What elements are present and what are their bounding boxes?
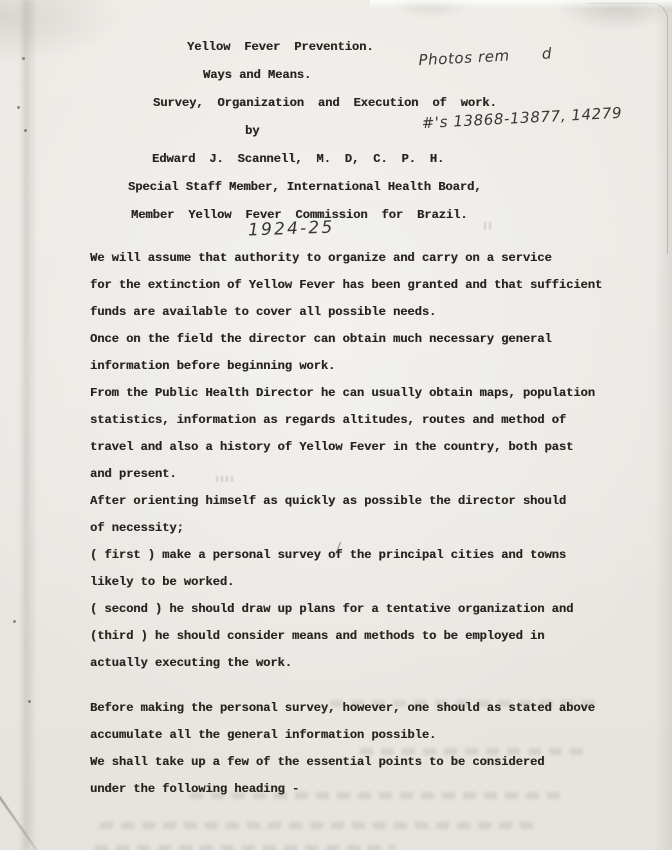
byline: by <box>245 117 672 145</box>
body-line: funds are available to cover all possibl… <box>90 299 650 326</box>
document-title: Yellow Fever Prevention. <box>187 33 672 61</box>
body-line: ( first ) make a personal survey of the … <box>90 542 650 569</box>
body-line: Before making the personal survey, howev… <box>90 695 650 722</box>
handwritten-date: 1924-25 <box>248 217 335 240</box>
body-line: of necessity; <box>90 515 650 542</box>
author-affiliation-1: Special Staff Member, International Heal… <box>128 173 672 201</box>
ink-speck <box>28 700 31 703</box>
body-line: travel and also a history of Yellow Feve… <box>90 434 650 461</box>
ink-speck <box>13 620 16 623</box>
body-line: accumulate all the general information p… <box>90 722 650 749</box>
body-line: (third ) he should consider means and me… <box>90 623 650 650</box>
body-line: Once on the field the director can obtai… <box>90 326 650 353</box>
body-line: We shall take up a few of the essential … <box>90 749 650 776</box>
body-line: We will assume that authority to organiz… <box>90 245 650 272</box>
body-line: likely to be worked. <box>90 569 650 596</box>
author-name: Edward J. Scannell, M. D, C. P. H. <box>152 145 672 173</box>
author-affiliation-2: Member Yellow Fever Commission for Brazi… <box>131 201 672 229</box>
ghost-bleed-line <box>100 822 540 829</box>
paragraph-gap <box>90 677 650 695</box>
body-line: actually executing the work. <box>90 650 650 677</box>
body-line: and present. <box>90 461 650 488</box>
body-line: From the Public Health Director he can u… <box>90 380 650 407</box>
body-line: under the following heading - <box>90 776 650 803</box>
document-body: We will assume that authority to organiz… <box>90 245 650 803</box>
document-subtitle: Ways and Means. <box>203 61 672 89</box>
document-subject: Survey, Organization and Execution of wo… <box>153 89 672 117</box>
scanned-document-page: Photos rem d #'s 13868-13877, 14279 Yell… <box>0 0 672 850</box>
ghost-bleed-line <box>95 845 395 850</box>
body-line: information before beginning work. <box>90 353 650 380</box>
body-line: statistics, information as regards altit… <box>90 407 650 434</box>
body-line: ( second ) he should draw up plans for a… <box>90 596 650 623</box>
document-heading: Yellow Fever Prevention. Ways and Means.… <box>0 33 672 229</box>
body-line: After orienting himself as quickly as po… <box>90 488 650 515</box>
body-line: for the extinction of Yellow Fever has b… <box>90 272 650 299</box>
